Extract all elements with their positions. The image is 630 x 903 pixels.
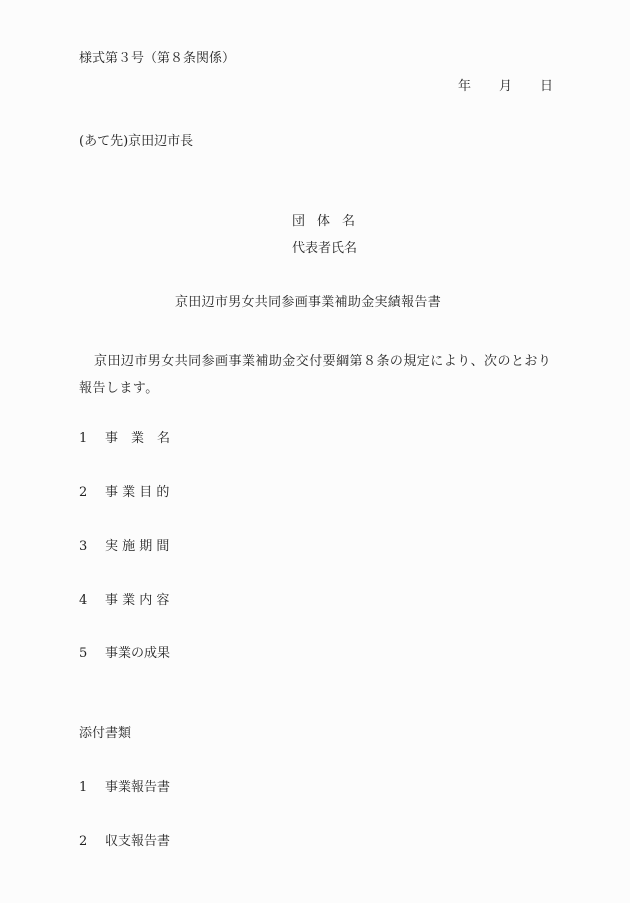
form-number: 様式第３号（第８条関係） [79, 52, 235, 65]
item-number: 5 [79, 647, 105, 660]
item-number: 4 [79, 594, 105, 607]
list-item: 2事 業 目 的 [79, 486, 169, 499]
attachment-item: 1事業報告書 [79, 781, 170, 794]
item-label: 事 業 名 [105, 431, 170, 446]
body-paragraph: 京田辺市男女共同参画事業補助金交付要綱第８条の規定により、次のとおり報告します。 [79, 348, 559, 402]
attachment-number: 2 [79, 835, 105, 848]
item-number: 3 [79, 540, 105, 553]
item-number: 1 [79, 432, 105, 445]
attachments-heading: 添付書類 [79, 727, 131, 740]
attachment-label: 収支報告書 [105, 834, 170, 849]
date-month-label: 月 [499, 80, 512, 93]
addressee: (あて先)京田辺市長 [79, 135, 193, 148]
list-item: 3実 施 期 間 [79, 540, 169, 553]
attachment-number: 1 [79, 781, 105, 794]
document-title: 京田辺市男女共同参画事業補助金実績報告書 [175, 296, 441, 309]
list-item: 4事 業 内 容 [79, 594, 169, 607]
org-name-char: 団 [292, 214, 305, 229]
list-item: 1事 業 名 [79, 432, 170, 445]
attachment-item: 2収支報告書 [79, 835, 170, 848]
body-text: 京田辺市男女共同参画事業補助金交付要綱第８条の規定により、次のとおり報告します。 [79, 354, 551, 396]
date-day-label: 日 [540, 80, 553, 93]
attachment-label: 事業報告書 [105, 780, 170, 795]
item-label: 実 施 期 間 [105, 539, 169, 554]
item-label: 事 業 内 容 [105, 593, 169, 608]
item-label: 事業の成果 [105, 646, 170, 661]
org-name-char: 体 [317, 214, 330, 229]
item-label: 事 業 目 的 [105, 485, 169, 500]
organization-name-label: 団体名 [292, 215, 355, 228]
list-item: 5事業の成果 [79, 647, 170, 660]
org-name-char: 名 [342, 214, 355, 229]
date-year-label: 年 [458, 80, 471, 93]
representative-name-label: 代表者氏名 [292, 242, 357, 255]
item-number: 2 [79, 486, 105, 499]
